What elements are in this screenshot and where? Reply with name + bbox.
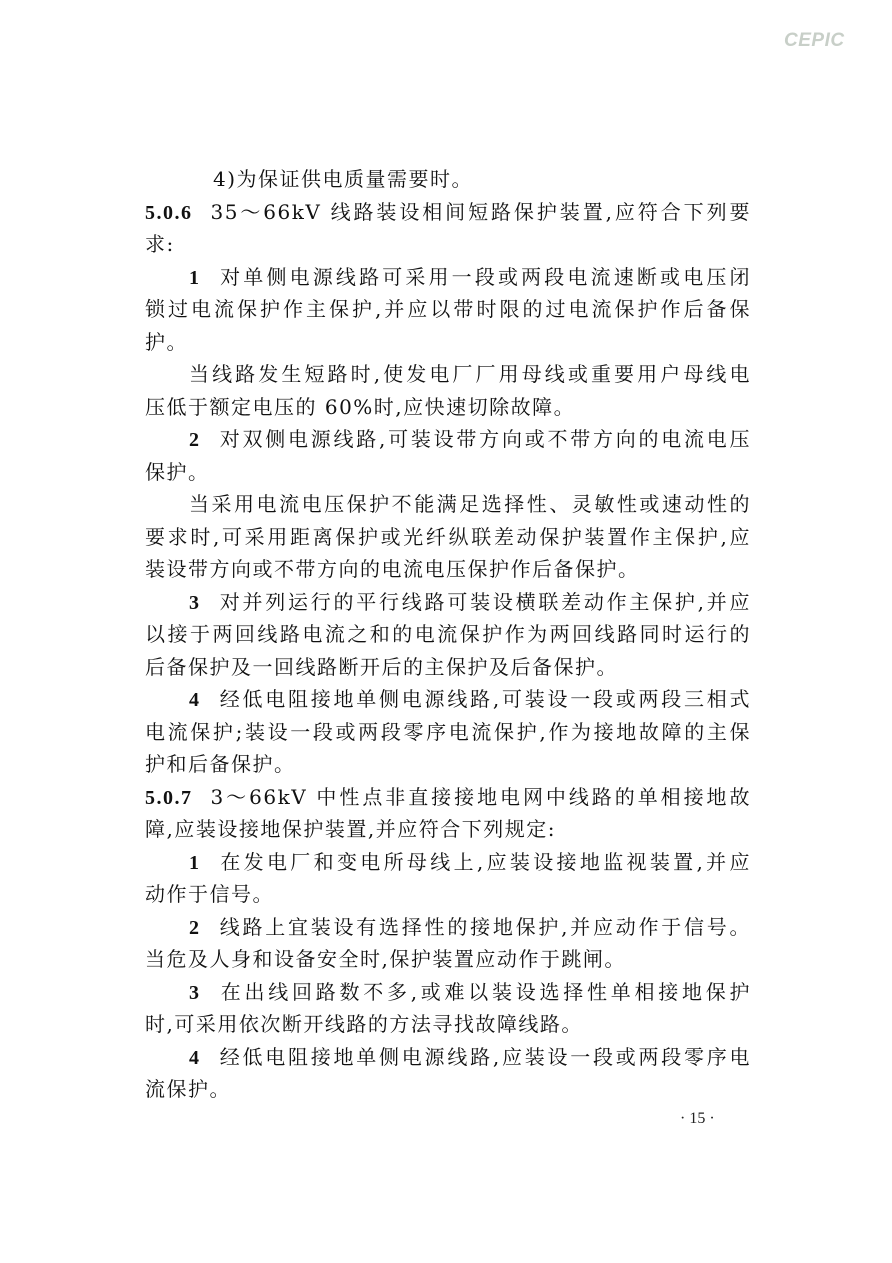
text-line: 35～66kV 线路装设相间短路保护装置,应符合下列要 (211, 200, 752, 224)
text-line: 在发电厂和变电所母线上,应装设接地监视装置,并应 (219, 850, 752, 874)
text-line: 障,应装设接地保护装置,并应符合下列规定: (145, 813, 751, 846)
text-line: 时,可采用依次断开线路的方法寻找故障线路。 (145, 1008, 751, 1041)
item-number: 1 (189, 852, 201, 874)
text-line: 在出线回路数不多,或难以装设选择性单相接地保护 (219, 980, 752, 1004)
list-item-3: 3在出线回路数不多,或难以装设选择性单相接地保护 (145, 976, 751, 1009)
text-line: 要求时,可采用距离保护或光纤纵联差动保护装置作主保护,应 (145, 521, 751, 554)
text-line: 压低于额定电压的 60%时,应快速切除故障。 (145, 391, 751, 424)
text-line: 当采用电流电压保护不能满足选择性、灵敏性或速动性的 (145, 488, 751, 521)
text-line: 3～66kV 中性点非直接接地电网中线路的单相接地故 (211, 785, 752, 809)
text-line: 经低电阻接地单侧电源线路,应装设一段或两段零序电 (219, 1045, 752, 1069)
text-line: 当线路发生短路时,使发电厂厂用母线或重要用户母线电 (145, 358, 751, 391)
list-item-4: 4经低电阻接地单侧电源线路,可装设一段或两段三相式 (145, 683, 751, 716)
text-line: 流保护。 (145, 1073, 751, 1106)
text-line: 以接于两回线路电流之和的电流保护作为两回线路同时运行的 (145, 618, 751, 651)
item-number: 3 (189, 982, 201, 1004)
list-item-4: 4经低电阻接地单侧电源线路,应装设一段或两段零序电 (145, 1041, 751, 1074)
text-line: 电流保护;装设一段或两段零序电流保护,作为接地故障的主保 (145, 716, 751, 749)
list-item-3: 3对并列运行的平行线路可装设横联差动作主保护,并应 (145, 586, 751, 619)
item-number: 2 (189, 917, 201, 939)
text-line: 对并列运行的平行线路可装设横联差动作主保护,并应 (219, 590, 752, 614)
item-number: 4 (189, 689, 201, 711)
section-heading-5-0-7: 5.0.73～66kV 中性点非直接接地电网中线路的单相接地故 (145, 781, 751, 814)
text-line: 装设带方向或不带方向的电流电压保护作后备保护。 (145, 553, 751, 586)
list-item-1: 1在发电厂和变电所母线上,应装设接地监视装置,并应 (145, 846, 751, 879)
item-number: 1 (189, 267, 201, 289)
text-line: 动作于信号。 (145, 878, 751, 911)
text-line: 护。 (145, 326, 751, 359)
list-item-1: 1对单侧电源线路可采用一段或两段电流速断或电压闭 (145, 261, 751, 294)
document-body: 4)为保证供电质量需要时。 5.0.635～66kV 线路装设相间短路保护装置,… (145, 163, 751, 1106)
text-line: 对单侧电源线路可采用一段或两段电流速断或电压闭 (219, 265, 752, 289)
text-line: 后备保护及一回线路断开后的主保护及后备保护。 (145, 651, 751, 684)
cepic-logo: CEPIC (784, 30, 845, 52)
section-number: 5.0.6 (145, 202, 193, 224)
text-line: 经低电阻接地单侧电源线路,可装设一段或两段三相式 (219, 687, 752, 711)
list-item-2: 2对双侧电源线路,可装设带方向或不带方向的电流电压 (145, 423, 751, 456)
item-number: 2 (189, 429, 201, 451)
item-number: 3 (189, 592, 201, 614)
text-line: 对双侧电源线路,可装设带方向或不带方向的电流电压 (219, 427, 752, 451)
text-line: 线路上宜装设有选择性的接地保护,并应动作于信号。 (219, 915, 752, 939)
item-number: 4 (189, 1047, 201, 1069)
text-line: 当危及人身和设备安全时,保护装置应动作于跳闸。 (145, 943, 751, 976)
list-item-2: 2线路上宜装设有选择性的接地保护,并应动作于信号。 (145, 911, 751, 944)
section-heading-5-0-6: 5.0.635～66kV 线路装设相间短路保护装置,应符合下列要 (145, 196, 751, 229)
text-line: 锁过电流保护作主保护,并应以带时限的过电流保护作后备保 (145, 293, 751, 326)
page-number: · 15 · (680, 1110, 715, 1128)
text-line: 求: (145, 228, 751, 261)
text-line: 护和后备保护。 (145, 748, 751, 781)
text-line: 4)为保证供电质量需要时。 (145, 163, 751, 196)
text-line: 保护。 (145, 456, 751, 489)
section-number: 5.0.7 (145, 787, 193, 809)
